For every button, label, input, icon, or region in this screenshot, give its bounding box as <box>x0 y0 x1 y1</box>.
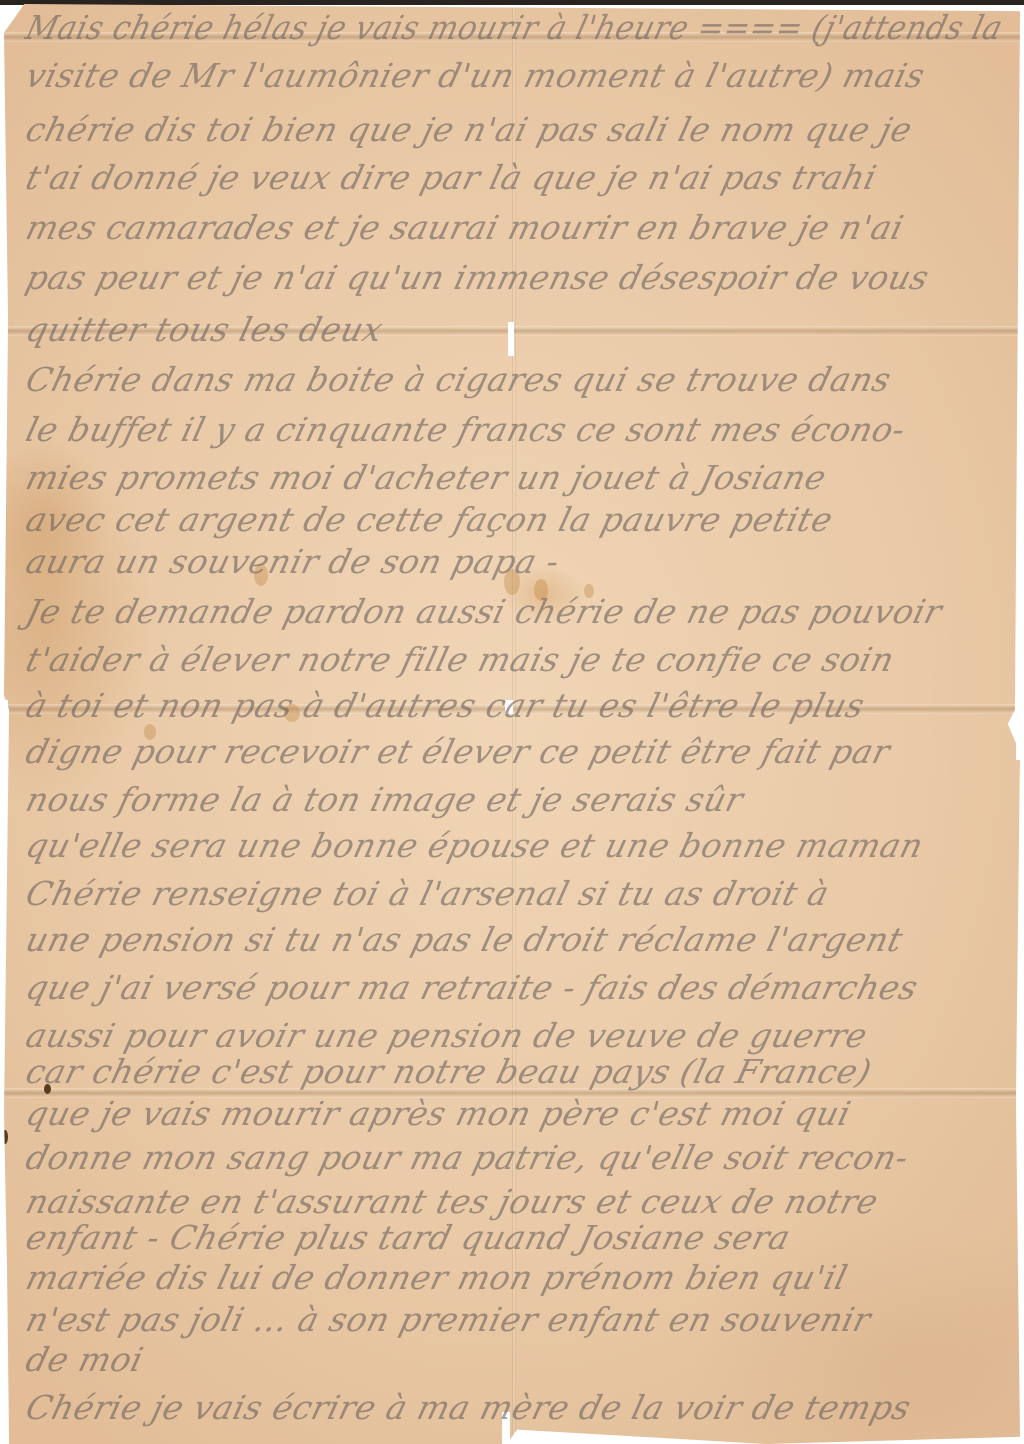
letter-line: mes camarades et je saurai mourir en bra… <box>22 208 908 247</box>
letter-line: nous forme la à ton image et je serais s… <box>22 780 748 819</box>
scan-top-edge <box>0 0 1024 5</box>
letter-line: car chérie c'est pour notre beau pays (l… <box>22 1052 876 1091</box>
letter-line: mies promets moi d'acheter un jouet à Jo… <box>22 458 831 497</box>
letter-line: digne pour recevoir et élever ce petit ê… <box>22 732 894 771</box>
letter-line: de moi <box>22 1340 148 1379</box>
letter-line: aussi pour avoir une pension de veuve de… <box>22 1016 871 1055</box>
letter-line: Mais chérie hélas je vais mourir à l'heu… <box>22 8 1007 47</box>
letter-line: t'aider à élever notre fille mais je te … <box>22 640 898 679</box>
tear-mark <box>0 700 8 712</box>
letter-line: donne mon sang pour ma patrie, qu'elle s… <box>22 1138 913 1177</box>
letter-line: enfant - Chérie plus tard quand Josiane … <box>22 1218 794 1257</box>
tear-mark <box>1016 700 1024 760</box>
letter-line: que je vais mourir après mon père c'est … <box>22 1094 855 1133</box>
letter-line: chérie dis toi bien que je n'ai pas sali… <box>22 110 916 149</box>
letter-line: visite de Mr l'aumônier d'un moment à l'… <box>22 56 929 95</box>
letter-line: pas peur et je n'ai qu'un immense désesp… <box>22 258 933 297</box>
letter-line: une pension si tu n'as pas le droit récl… <box>22 920 907 959</box>
tear-mark <box>508 322 514 356</box>
letter-line: que j'ai versé pour ma retraite - fais d… <box>22 968 922 1007</box>
ink-spot <box>2 1130 8 1144</box>
letter-line: à toi et non pas à d'autres car tu es l'… <box>22 686 869 725</box>
letter-line: quitter tous les deux <box>22 310 387 349</box>
letter-line: n'est pas joli ... à son premier enfant … <box>22 1300 875 1339</box>
letter-line: le buffet il y a cinquante francs ce son… <box>22 410 910 449</box>
letter-line: Chérie je vais écrire à ma mère de la vo… <box>22 1388 915 1427</box>
letter-line: t'ai donné je veux dire par là que je n'… <box>22 158 881 197</box>
letter-line: Chérie renseigne toi à l'arsenal si tu a… <box>22 874 833 913</box>
letter-line: qu'elle sera une bonne épouse et une bon… <box>22 826 928 865</box>
letter-line: mariée dis lui de donner mon prénom bien… <box>22 1258 852 1297</box>
letter-line: naissante en t'assurant tes jours et ceu… <box>22 1182 882 1221</box>
letter-line: Je te demande pardon aussi chérie de ne … <box>22 592 946 631</box>
letter-line: avec cet argent de cette façon la pauvre… <box>22 500 837 539</box>
letter-line: aura un souvenir de son papa - <box>22 542 564 581</box>
letter-line: Chérie dans ma boite à cigares qui se tr… <box>22 360 895 399</box>
